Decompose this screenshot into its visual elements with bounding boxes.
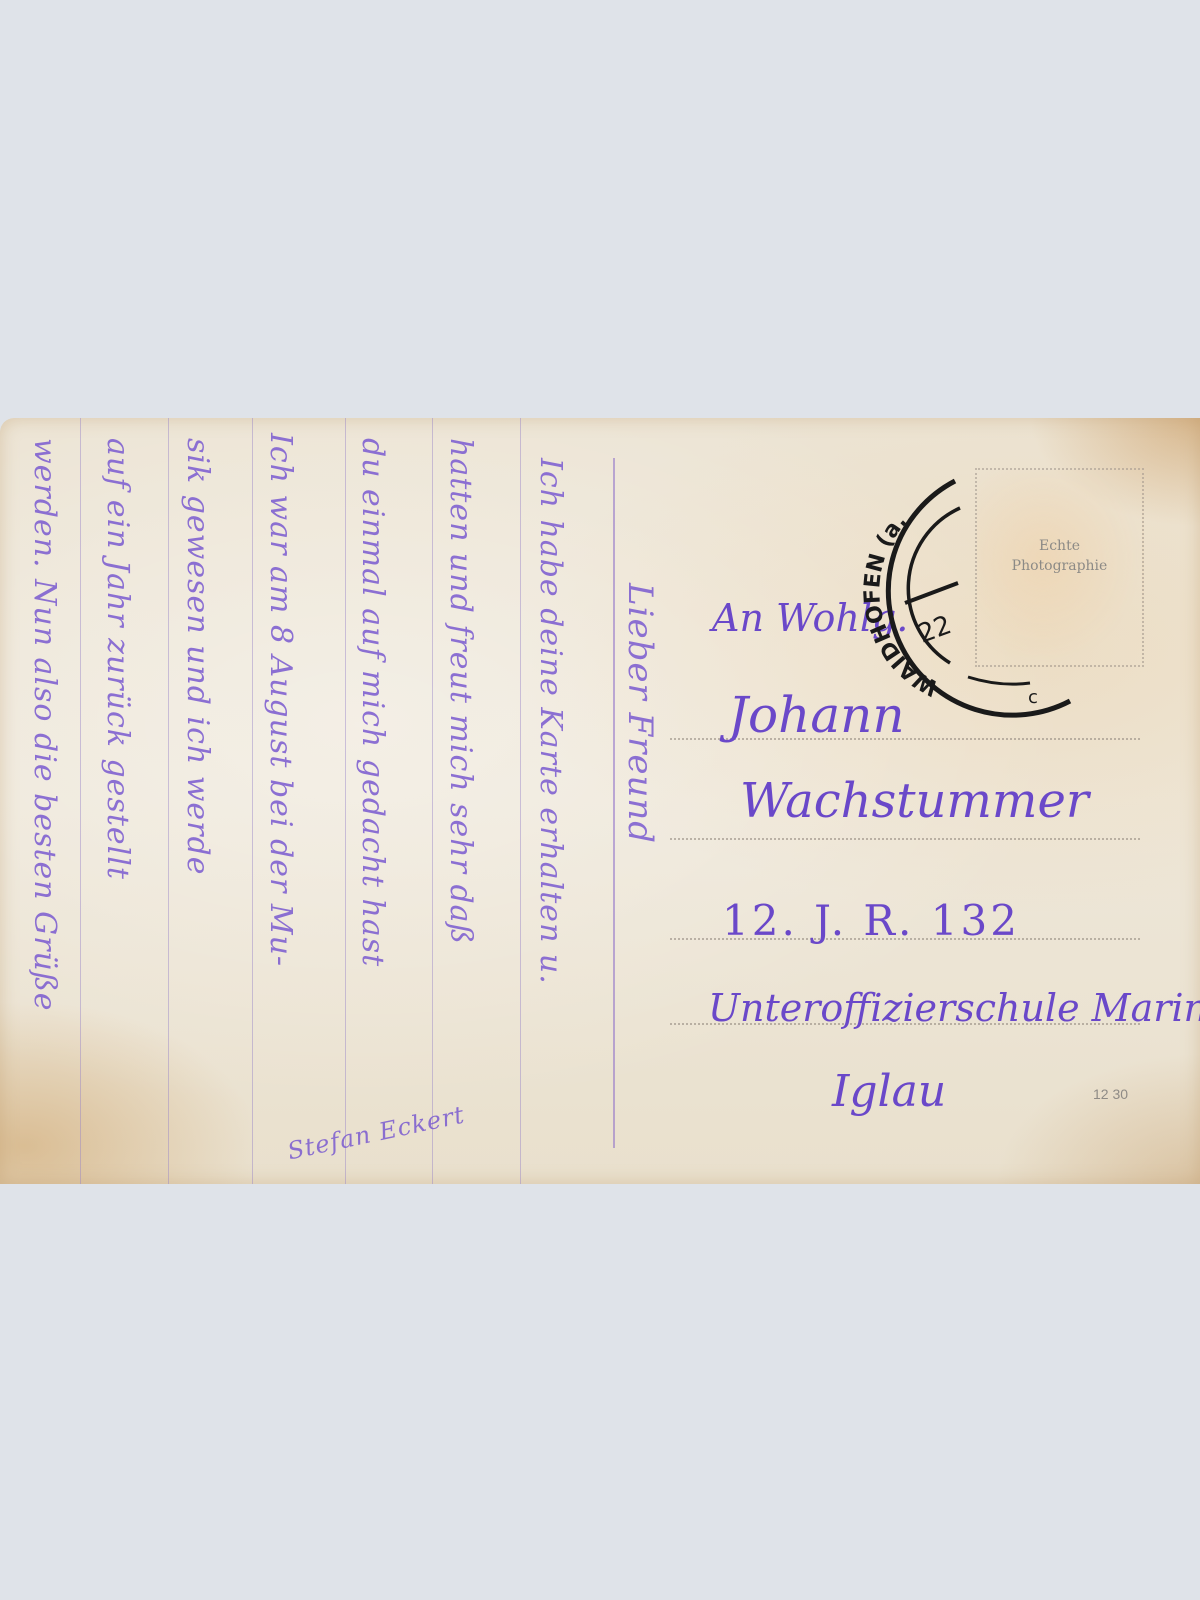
address-city: Iglau bbox=[832, 1066, 946, 1117]
ruled-line bbox=[345, 418, 346, 1184]
ruled-line bbox=[252, 418, 253, 1184]
print-number: 12 30 bbox=[1093, 1086, 1128, 1102]
center-divider bbox=[613, 458, 615, 1148]
svg-text:WAIDHOFEN (a.: WAIDHOFEN (a. bbox=[860, 509, 943, 700]
address-unit: 12. J. R. 132 bbox=[722, 896, 1020, 945]
message-line: sik gewesen und ich werde bbox=[180, 438, 215, 875]
ruled-line bbox=[168, 418, 169, 1184]
svg-text:22: 22 bbox=[914, 610, 955, 650]
ruled-line bbox=[520, 418, 521, 1184]
message-greeting: Lieber Freund bbox=[620, 583, 660, 844]
postmark-icon: WAIDHOFEN (a. 22 c bbox=[860, 473, 1120, 733]
message-line: Ich war am 8 August bei der Mu- bbox=[263, 433, 298, 967]
postcard-back: Ich habe deine Karte erhalten u. hatten … bbox=[0, 418, 1200, 1184]
message-line: auf ein Jahr zurück gestellt bbox=[100, 438, 135, 880]
message-line: werden. Nun also die besten Grüße bbox=[27, 438, 62, 1012]
message-line: Ich habe deine Karte erhalten u. bbox=[533, 458, 568, 985]
message-line: hatten und freut mich sehr daß bbox=[443, 438, 478, 945]
address-line4: Unteroffizierschule Marin bbox=[708, 986, 1200, 1030]
ruled-line bbox=[432, 418, 433, 1184]
message-line: du einmal auf mich gedacht hast bbox=[355, 438, 390, 967]
address-name-last: Wachstummer bbox=[740, 773, 1089, 829]
ruled-line bbox=[80, 418, 81, 1184]
address-line bbox=[670, 838, 1140, 840]
signature: Stefan Eckert bbox=[285, 1100, 467, 1165]
svg-text:c: c bbox=[1028, 687, 1038, 708]
